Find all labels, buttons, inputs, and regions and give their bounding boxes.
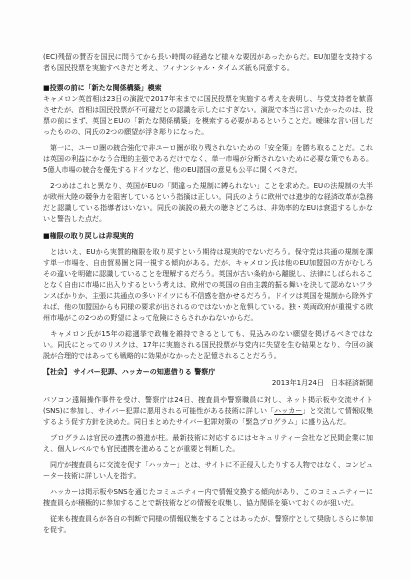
paragraph-however-expectation: とはいえ、EUから実質的権限を取り戻すという期待は現実的でないだろう。保守党は共… xyxy=(43,247,373,324)
paragraph-second-goal: 2つめはこれと異なり、英国がEUの「間違った規制に縛られない」ことを求めた。EU… xyxy=(43,181,373,225)
paragraph-eu-remain: (EC)残留の賛否を国民に問うてから長い時間の経過など様々な要因があったからだ。… xyxy=(43,52,373,74)
paragraph-hacker-community: ハッカーは掲示板やSNSを通じたコミュニティー内で情報交換する傾向があり、このコ… xyxy=(43,487,373,509)
paragraph-traditional-practice: 従来も捜査員らが各自の判断で同様の情報収集をすることはあったが、警察庁として奨励… xyxy=(43,514,373,536)
paragraph-cameron-speech: キャメロン英首相は23日の演説で2017年末までに国民投票を実施する考えを表明し… xyxy=(43,94,373,138)
paragraph-pc-incident: パソコン遠隔操作事件を受け、警察庁は24日、捜査員や警察職員に対し、ネット掲示板… xyxy=(43,395,373,428)
section-heading-new-relationship: ■投票の前に「新たな関係構築」模索 xyxy=(43,83,373,94)
section-heading-powers-unrealistic: ■権限の取り戻しは非現実的 xyxy=(43,231,373,242)
hacker-link[interactable]: ハッカー xyxy=(274,407,302,415)
paragraph-program-pillar: プログラムは官民の連携の推進が柱。最新技術に対応するにはセキュリティー会社など民… xyxy=(43,433,373,455)
dateline: 2013年1月24日 日本経済新聞 xyxy=(43,378,373,389)
paragraph-first-goal: 第一に、ユーロ圏の統合強化で非ユーロ圏が取り残されないための「安全策」を勝ち取る… xyxy=(43,143,373,176)
section-heading-society-cybercrime: 【社会】 サイバー犯罪、ハッカーの知恵借りる 警察庁 xyxy=(43,367,373,378)
article-content: (EC)残留の賛否を国民に問うてから長い時間の経過など様々な要因があったからだ。… xyxy=(43,52,373,541)
paragraph-agency-hacker-definition: 同庁が捜査員らに交流を促す「ハッカー」とは、サイトに不正侵入したりする人物ではな… xyxy=(43,460,373,482)
document-page: (EC)残留の賛否を国民に問うてから長い時間の経過など様々な要因があったからだ。… xyxy=(0,0,410,580)
paragraph-election-risk: キャメロン氏が15年の総選挙で政権を維持できるとしても、見込みのない願望を掲げる… xyxy=(43,329,373,362)
